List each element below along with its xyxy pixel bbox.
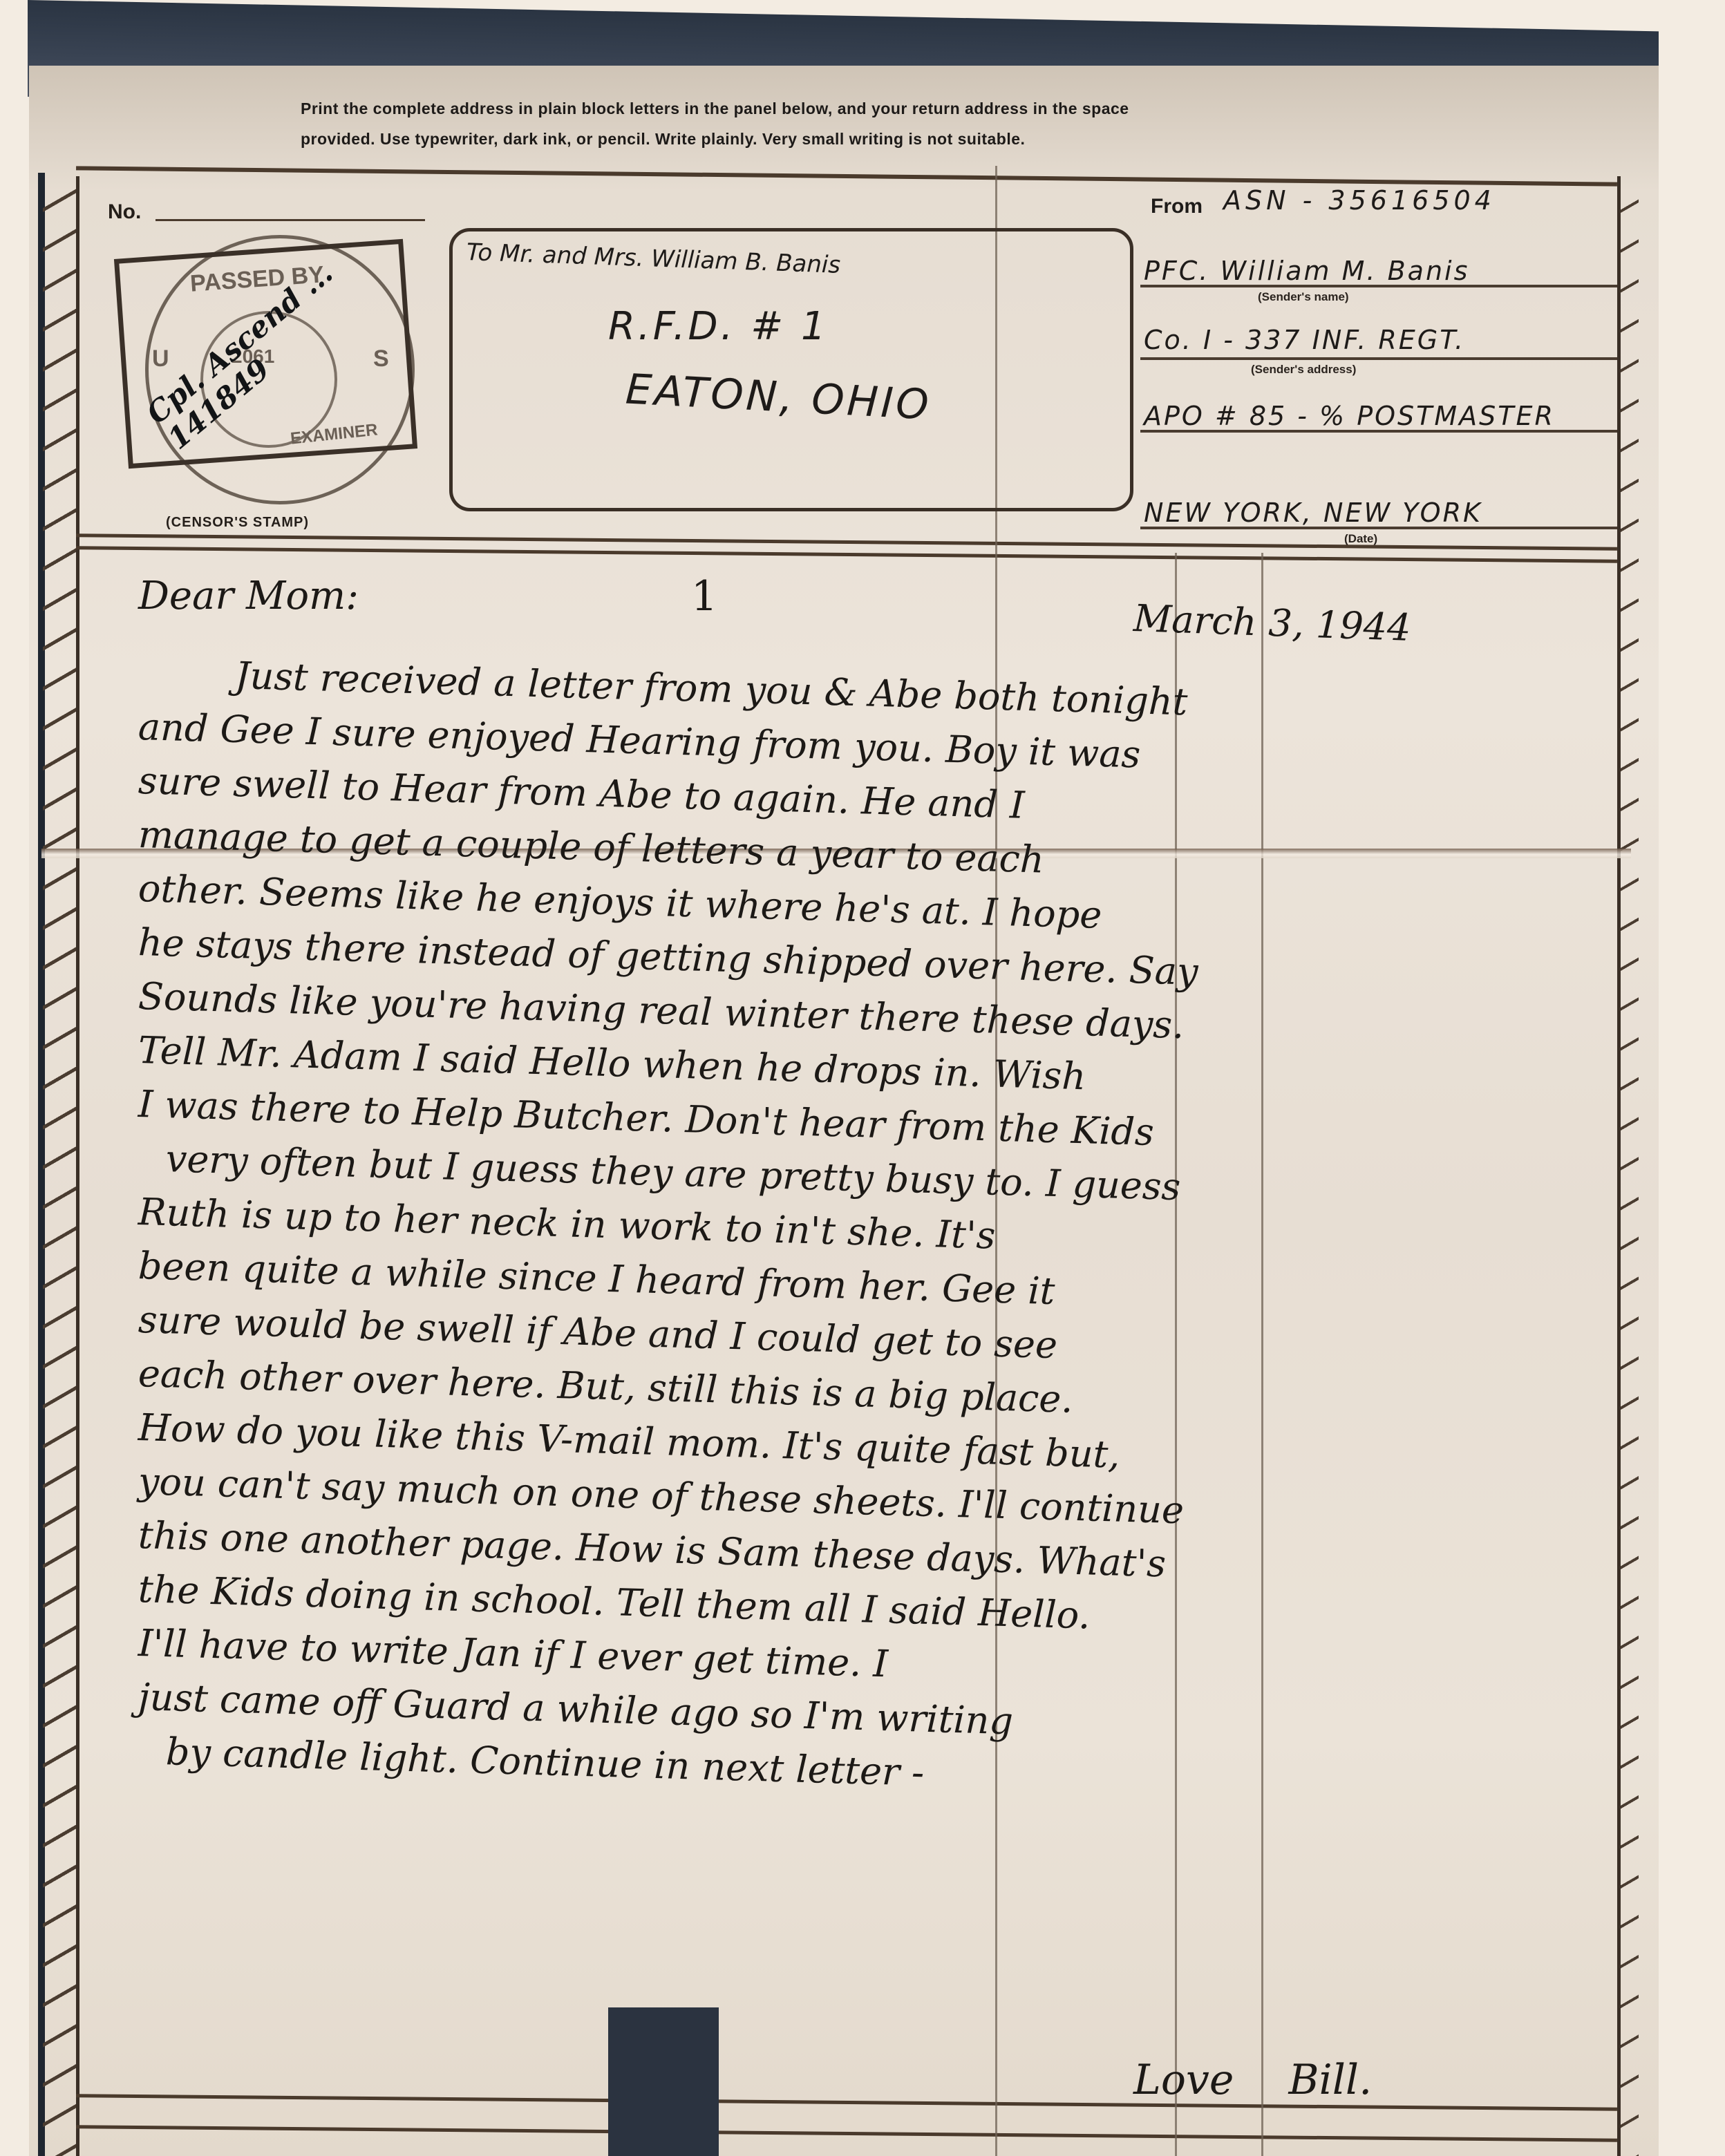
- sender-unit: Co. I - 337 INF. REGT.: [1144, 325, 1465, 355]
- from-label: From: [1151, 195, 1203, 218]
- sender-apo: APO # 85 - % POSTMASTER: [1144, 401, 1555, 431]
- left-hatched-margin: [43, 176, 79, 2156]
- letter-salutation: Dear Mom:: [138, 574, 359, 618]
- instructions-line-1: Print the complete address in plain bloc…: [301, 93, 1420, 124]
- sender-name: PFC. William M. Banis: [1144, 256, 1469, 286]
- closing-word: Love: [1133, 2056, 1234, 2104]
- scan-clip-shadow: [608, 2007, 719, 2156]
- letter-closing: Love Bill.: [1133, 2056, 1413, 2104]
- senders-address-label: (Sender's address): [1251, 363, 1356, 377]
- letter-page-number: 1: [691, 572, 717, 621]
- date-label: (Date): [1344, 532, 1377, 546]
- senders-name-label: (Sender's name): [1258, 290, 1349, 304]
- recipient-route: R.F.D. # 1: [608, 304, 829, 349]
- date-line: [1140, 527, 1617, 529]
- sender-address-line: [1140, 357, 1617, 360]
- instructions-line-2: provided. Use typewriter, dark ink, or p…: [301, 124, 1420, 154]
- stamp-right-letter: S: [373, 346, 389, 372]
- sender-asn: ASN - 35616504: [1223, 185, 1496, 216]
- letter-body: Just received a letter from you & Abe bo…: [138, 646, 1624, 1778]
- no-label: No.: [108, 200, 141, 224]
- stamp-left-letter: U: [152, 346, 169, 372]
- form-instructions: Print the complete address in plain bloc…: [301, 93, 1420, 154]
- no-field-line: [155, 219, 425, 221]
- sender-apo-line: [1140, 430, 1617, 433]
- sender-city: NEW YORK, NEW YORK: [1144, 498, 1482, 528]
- closing-signature: Bill.: [1288, 2056, 1372, 2104]
- sender-name-line: [1140, 285, 1617, 287]
- censor-stamp-label: (CENSOR'S STAMP): [166, 515, 309, 531]
